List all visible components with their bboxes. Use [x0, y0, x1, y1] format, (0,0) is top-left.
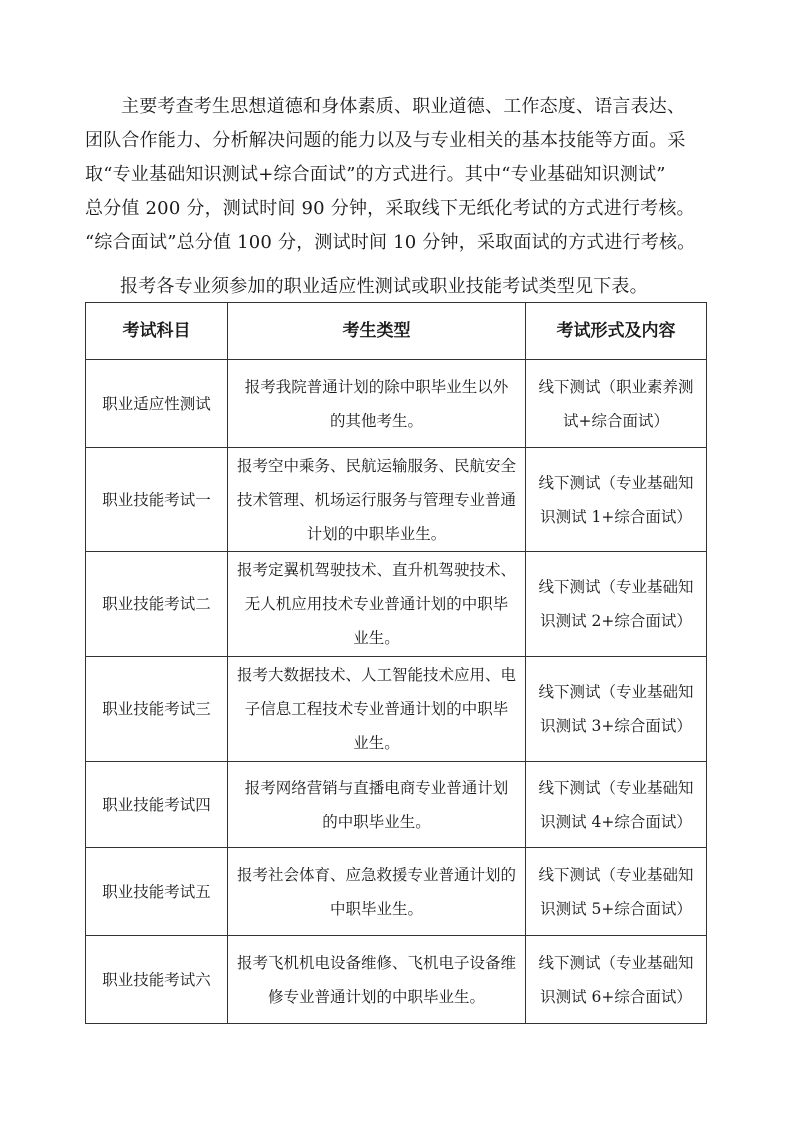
cell-line: 试+综合面试）	[532, 404, 700, 438]
intro-line: 取“专业基础知识测试+综合面试”的方式进行。其中“专业基础知识测试”	[49, 158, 710, 192]
cell-candidate-type: 报考定翼机驾驶技术、直升机驾驶技术、无人机应用技术专业普通计划的中职毕业生。	[228, 552, 526, 657]
cell-exam-format: 线下测试（专业基础知识测试 4+综合面试）	[526, 762, 707, 848]
cell-exam-format: 线下测试（职业素养测试+综合面试）	[526, 360, 707, 448]
cell-exam-format: 线下测试（专业基础知识测试 1+综合面试）	[526, 448, 707, 552]
intro-line: “综合面试”总分值 100 分，测试时间 10 分钟，采取面试的方式进行考核。	[49, 226, 710, 260]
cell-line: 修专业普通计划的中职毕业生。	[234, 980, 519, 1014]
cell-subject: 职业技能考试五	[86, 848, 228, 936]
cell-line: 识测试 1+综合面试）	[532, 500, 700, 534]
cell-line: 报考网络营销与直播电商专业普通计划	[234, 771, 519, 805]
cell-subject: 职业技能考试一	[86, 448, 228, 552]
cell-line: 的中职毕业生。	[234, 805, 519, 839]
cell-line: 线下测试（专业基础知	[532, 466, 700, 500]
cell-line: 的其他考生。	[234, 404, 519, 438]
cell-line: 报考定翼机驾驶技术、直升机驾驶技术、	[234, 553, 519, 587]
cell-line: 技术管理、机场运行服务与管理专业普通	[234, 483, 519, 517]
cell-line: 中职毕业生。	[234, 892, 519, 926]
intro-line: 团队合作能力、分析解决问题的能力以及与专业相关的基本技能等方面。采	[49, 124, 710, 158]
cell-line: 线下测试（专业基础知	[532, 771, 700, 805]
table-row: 职业技能考试一报考空中乘务、民航运输服务、民航安全技术管理、机场运行服务与管理专…	[86, 448, 707, 552]
cell-line: 识测试 2+综合面试）	[532, 604, 700, 638]
table-row: 职业技能考试四报考网络营销与直播电商专业普通计划的中职毕业生。线下测试（专业基础…	[86, 762, 707, 848]
cell-line: 计划的中职毕业生。	[234, 517, 519, 551]
cell-line: 报考空中乘务、民航运输服务、民航安全	[234, 449, 519, 483]
cell-line: 无人机应用技术专业普通计划的中职毕	[234, 587, 519, 621]
cell-line: 识测试 4+综合面试）	[532, 805, 700, 839]
table-header-row: 考试科目 考生类型 考试形式及内容	[86, 303, 707, 360]
cell-line: 报考大数据技术、人工智能技术应用、电	[234, 658, 519, 692]
cell-candidate-type: 报考空中乘务、民航运输服务、民航安全技术管理、机场运行服务与管理专业普通计划的中…	[228, 448, 526, 552]
cell-subject: 职业技能考试四	[86, 762, 228, 848]
exam-type-table: 考试科目 考生类型 考试形式及内容 职业适应性测试报考我院普通计划的除中职毕业生…	[85, 302, 707, 1024]
cell-exam-format: 线下测试（专业基础知识测试 2+综合面试）	[526, 552, 707, 657]
header-subject: 考试科目	[86, 303, 228, 360]
cell-line: 识测试 3+综合面试）	[532, 709, 700, 743]
table-intro: 报考各专业须参加的职业适应性测试或职业技能考试类型见下表。	[120, 270, 745, 304]
table-row: 职业适应性测试报考我院普通计划的除中职毕业生以外的其他考生。线下测试（职业素养测…	[86, 360, 707, 448]
cell-exam-format: 线下测试（专业基础知识测试 5+综合面试）	[526, 848, 707, 936]
intro-paragraph: 主要考查考生思想道德和身体素质、职业道德、工作态度、语言表达、 团队合作能力、分…	[85, 90, 710, 260]
cell-candidate-type: 报考社会体育、应急救援专业普通计划的中职毕业生。	[228, 848, 526, 936]
cell-line: 线下测试（专业基础知	[532, 570, 700, 604]
intro-line: 总分值 200 分，测试时间 90 分钟，采取线下无纸化考试的方式进行考核。	[49, 192, 710, 226]
cell-exam-format: 线下测试（专业基础知识测试 6+综合面试）	[526, 936, 707, 1024]
header-exam-format: 考试形式及内容	[526, 303, 707, 360]
cell-line: 识测试 6+综合面试）	[532, 980, 700, 1014]
header-candidate-type: 考生类型	[228, 303, 526, 360]
table-row: 职业技能考试五报考社会体育、应急救援专业普通计划的中职毕业生。线下测试（专业基础…	[86, 848, 707, 936]
cell-line: 报考社会体育、应急救援专业普通计划的	[234, 858, 519, 892]
cell-line: 识测试 5+综合面试）	[532, 892, 700, 926]
cell-candidate-type: 报考飞机机电设备维修、飞机电子设备维修专业普通计划的中职毕业生。	[228, 936, 526, 1024]
cell-candidate-type: 报考大数据技术、人工智能技术应用、电子信息工程技术专业普通计划的中职毕业生。	[228, 657, 526, 762]
cell-exam-format: 线下测试（专业基础知识测试 3+综合面试）	[526, 657, 707, 762]
cell-line: 线下测试（职业素养测	[532, 370, 700, 404]
cell-subject: 职业技能考试三	[86, 657, 228, 762]
table-row: 职业技能考试六报考飞机机电设备维修、飞机电子设备维修专业普通计划的中职毕业生。线…	[86, 936, 707, 1024]
cell-line: 子信息工程技术专业普通计划的中职毕	[234, 692, 519, 726]
cell-line: 报考我院普通计划的除中职毕业生以外	[234, 370, 519, 404]
cell-subject: 职业技能考试二	[86, 552, 228, 657]
cell-line: 业生。	[234, 621, 519, 655]
cell-subject: 职业技能考试六	[86, 936, 228, 1024]
table-row: 职业技能考试二报考定翼机驾驶技术、直升机驾驶技术、无人机应用技术专业普通计划的中…	[86, 552, 707, 657]
cell-line: 线下测试（专业基础知	[532, 675, 700, 709]
cell-candidate-type: 报考我院普通计划的除中职毕业生以外的其他考生。	[228, 360, 526, 448]
cell-line: 报考飞机机电设备维修、飞机电子设备维	[234, 946, 519, 980]
cell-line: 线下测试（专业基础知	[532, 946, 700, 980]
cell-line: 线下测试（专业基础知	[532, 858, 700, 892]
intro-line: 主要考查考生思想道德和身体素质、职业道德、工作态度、语言表达、	[85, 90, 710, 124]
cell-line: 业生。	[234, 726, 519, 760]
cell-candidate-type: 报考网络营销与直播电商专业普通计划的中职毕业生。	[228, 762, 526, 848]
cell-subject: 职业适应性测试	[86, 360, 228, 448]
table-row: 职业技能考试三报考大数据技术、人工智能技术应用、电子信息工程技术专业普通计划的中…	[86, 657, 707, 762]
